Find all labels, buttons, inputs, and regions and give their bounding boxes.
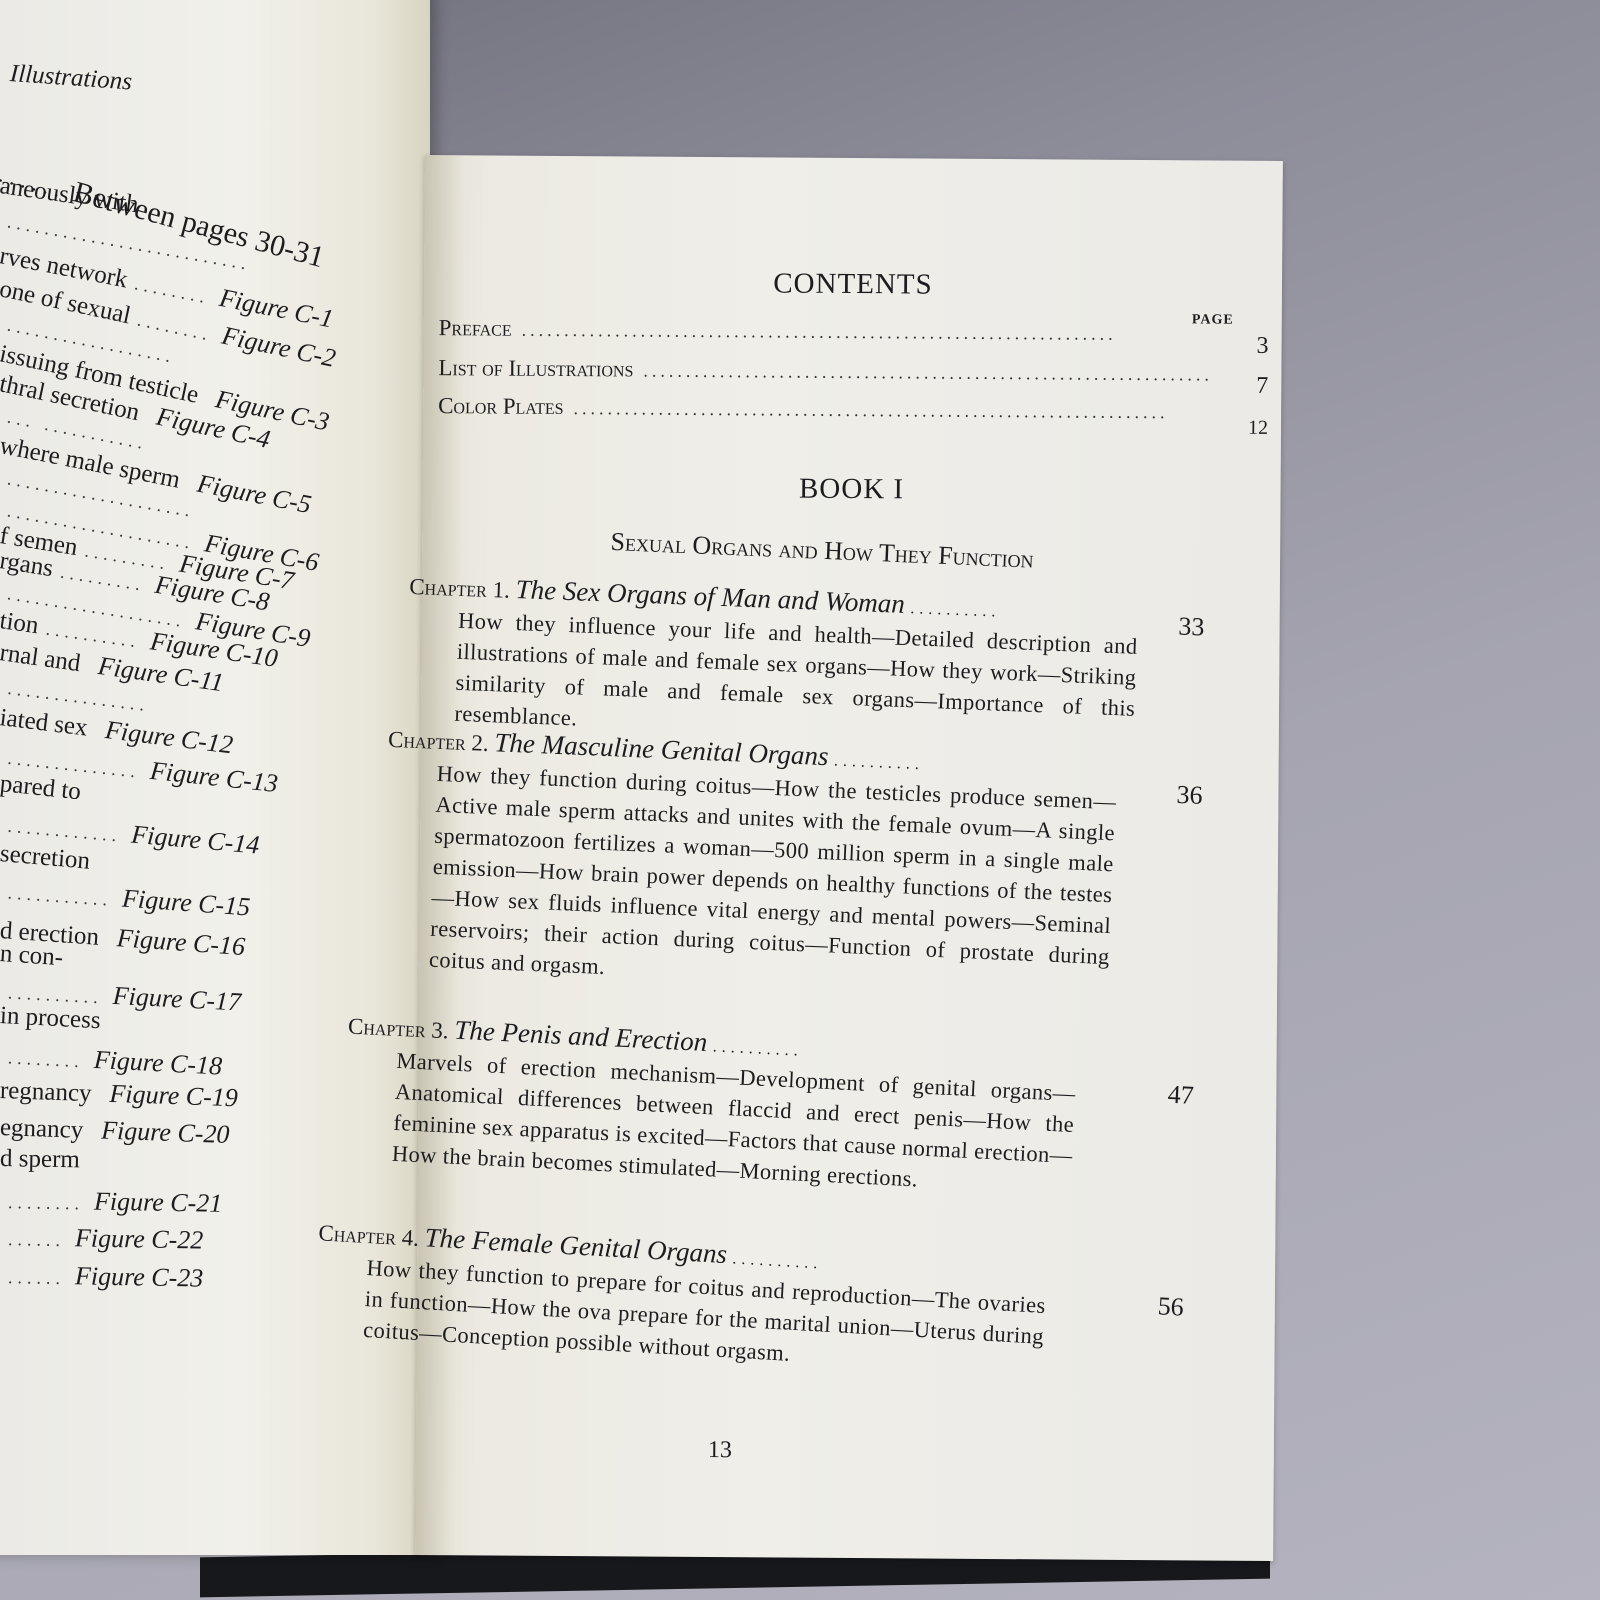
chapter-page: 36 <box>1176 780 1203 811</box>
part-heading: Sexual Organs and How They Function <box>482 522 1163 580</box>
chapter-label: Chapter 3. <box>348 1014 450 1044</box>
figure-caption-fragment: in process <box>0 1002 101 1035</box>
running-head: Illustrations <box>9 60 133 96</box>
figure-reference: Figure C-5 <box>195 469 314 520</box>
toc-entry-page: 3 <box>1256 333 1268 360</box>
dot-leader: ...... <box>8 1229 65 1251</box>
figure-caption-fragment: secretion <box>0 840 91 876</box>
figure-caption-fragment: d sperm <box>0 1145 80 1174</box>
toc-entry-preface[interactable]: Preface ................................… <box>439 315 1209 346</box>
figure-list-item: d sperm <box>0 1145 98 1175</box>
figure-caption-fragment: n con- <box>0 940 64 972</box>
toc-entry-list-of-illustrations[interactable]: List of Illustrations ..................… <box>438 355 1208 386</box>
contents-title: CONTENTS <box>424 265 1282 304</box>
toc-entry-page: 12 <box>1248 417 1268 440</box>
figure-reference: Figure C-18 <box>93 1045 223 1082</box>
dot-leader: ........ <box>8 1192 84 1214</box>
chapter-page: 33 <box>1178 611 1205 642</box>
dot-leader: ........................................… <box>643 361 1208 386</box>
figure-list-item: n con- <box>0 940 82 974</box>
toc-entry-page: 7 <box>1256 373 1268 400</box>
figure-reference: Figure C-22 <box>75 1223 204 1255</box>
dot-leader: ........... <box>7 883 113 911</box>
figure-caption-fragment: regnancy <box>0 1077 92 1108</box>
figure-reference: Figure C-15 <box>121 884 251 923</box>
toc-entry-label: Color Plates <box>438 393 564 420</box>
toc-chapter-3[interactable]: Chapter 3. The Penis and Erection ......… <box>341 1010 1138 1205</box>
figure-list-item: in process <box>0 1002 119 1036</box>
figure-list-item: ......Figure C-22 <box>0 1222 204 1256</box>
toc-entry-label: Preface <box>439 315 512 342</box>
toc-entry-color-plates[interactable]: Color Plates ...........................… <box>438 393 1208 424</box>
right-page-contents: CONTENTS PAGE Preface ..................… <box>415 155 1283 1561</box>
figure-caption-fragment: iated sex <box>0 704 89 743</box>
figure-list-item: ...........Figure C-15 <box>0 875 251 922</box>
figure-reference: Figure C-23 <box>75 1261 204 1293</box>
dot-leader: ........................................… <box>522 320 1209 346</box>
figure-caption-fragment: egnancy <box>0 1114 84 1145</box>
chapter-page: 47 <box>1167 1080 1194 1111</box>
table-of-contents: CONTENTS PAGE Preface ..................… <box>415 155 1283 1561</box>
figure-reference: Figure C-17 <box>112 981 242 1018</box>
chapter-label: Chapter 1. <box>409 574 510 603</box>
figure-caption-fragment: tion <box>0 607 40 640</box>
figure-reference: Figure C-14 <box>130 820 260 861</box>
book-heading: BOOK I <box>422 470 1280 509</box>
dot-leader: .......... <box>732 1250 823 1272</box>
figure-list-item: egnancyFigure C-20 <box>0 1112 230 1150</box>
chapter-label: Chapter 4. <box>318 1220 420 1251</box>
chapter-label: Chapter 2. <box>388 727 490 756</box>
page-number: 13 <box>708 1437 732 1464</box>
chapter-description: How they function during coitus—How the … <box>428 758 1116 1003</box>
dot-leader: .......... <box>910 600 1001 620</box>
figure-list-item: regnancyFigure C-19 <box>0 1075 238 1113</box>
toc-chapter-2[interactable]: Chapter 2. The Masculine Genital Organs … <box>378 723 1178 1006</box>
dot-leader: .......... <box>712 1038 803 1059</box>
figure-reference: Figure C-19 <box>109 1079 238 1113</box>
dot-leader: .......... <box>834 752 925 773</box>
figure-list-item: ........Figure C-21 <box>0 1185 223 1219</box>
figure-list-item: ......Figure C-23 <box>0 1260 204 1294</box>
toc-chapter-4[interactable]: Chapter 4. The Female Genital Organs ...… <box>312 1216 1108 1386</box>
figure-reference: Figure C-21 <box>94 1187 223 1219</box>
dot-leader: ........ <box>7 1047 84 1072</box>
figure-reference: Figure C-16 <box>116 923 246 962</box>
dot-leader: ...... <box>8 1267 65 1289</box>
figure-reference: Figure C-13 <box>149 756 280 799</box>
chapter-page: 56 <box>1157 1291 1185 1322</box>
toc-entry-label: List of Illustrations <box>438 355 633 382</box>
dot-leader: ........................................… <box>573 398 1208 423</box>
figure-reference: Figure C-20 <box>101 1116 230 1150</box>
